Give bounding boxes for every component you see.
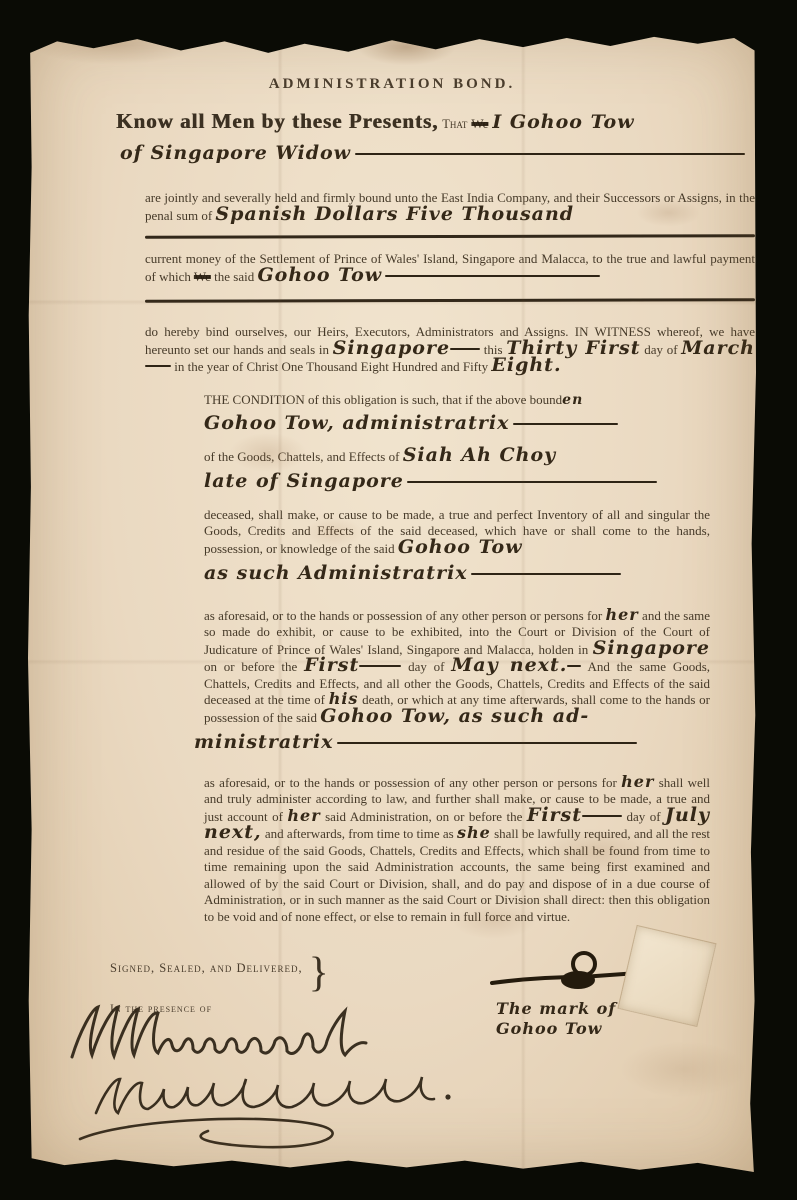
printed-text: day of [644,342,677,357]
printed-text: as aforesaid, or to the hands or possess… [204,775,617,790]
document-page: ADMINISTRATION BOND. Know all Men by the… [28,30,756,1172]
opening-line: Know all Men by these Presents, That We … [116,109,762,134]
printed-text: day of [408,659,444,674]
horizontal-rule [145,234,755,239]
gothic-phrase: Know all Men by these Presents, [116,109,438,133]
handwritten-principal-name: Gohoo Tow [398,536,523,558]
handwritten-deceased-name: Siah Ah Choy [403,444,557,466]
printed-text: on or before the [204,659,297,674]
ink-filler-line [471,573,621,575]
administratrix-continuation: ministratrix [194,735,700,753]
struck-word-we: We [471,116,488,131]
deceased-residence-line: late of Singapore [204,474,710,492]
administer-paragraph: as aforesaid, or to the hands or possess… [204,775,710,926]
handwritten-her: her [621,772,654,791]
currency-paragraph: current money of the Settlement of Princ… [145,251,755,285]
capacity-line: as such Administratrix [204,566,710,584]
handwritten-principal-name: Gohoo Tow [257,264,382,286]
handwritten-she: she [457,823,491,842]
witness-signatures [66,1001,496,1151]
handwritten-capacity: as such Administratrix [204,562,468,584]
witness-paragraph: do hereby bind ourselves, our Heirs, Exe… [145,324,755,376]
handwritten-year: Eight. [491,354,561,376]
horizontal-rule [145,298,755,303]
exhibit-paragraph: as aforesaid, or to the hands or possess… [204,608,710,727]
printed-text: and afterwards, from time to time as [265,826,454,841]
printed-text: day of [627,809,661,824]
ink-filler-line [359,665,401,667]
handwritten-ordinal: First [304,654,359,676]
handwritten-penal-sum: Spanish Dollars Five Thousand [215,203,574,225]
handwritten-place: Singapore [593,637,710,659]
inventory-paragraph: deceased, shall make, or cause to be mad… [204,507,710,558]
struck-word-we: We [194,269,211,284]
handwritten-administratrix-cont: ministratrix [194,731,333,753]
printed-text: of the Goods, Chattels, and Effects of [204,449,399,464]
handwritten-residence: of Singapore Widow [120,142,351,164]
condition-name-line: Gohoo Tow, administratrix [204,416,710,434]
printed-text: in the year of Christ One Thousand Eight… [174,359,488,374]
signed-sealed-label: Signed, Sealed, and Delivered, [110,961,303,975]
handwritten-administratrix-name: Gohoo Tow, as such ad- [320,705,589,727]
handwritten-principal-name: I Gohoo Tow [492,111,634,133]
ink-filler-line [385,275,600,277]
printed-text: said Administration, on or before the [325,809,522,824]
printed-text: as aforesaid, or to the hands or possess… [204,608,602,623]
ink-filler-line [582,815,622,817]
handwritten-late-of: late of Singapore [204,470,404,492]
printed-text: the said [214,269,254,284]
ink-filler-line [407,481,657,483]
handwritten-her: her [605,605,638,624]
handwritten-date: May next. [451,654,567,676]
bond-paragraph: are jointly and severally held and firml… [145,190,755,224]
ink-filler-line [567,665,581,667]
handwritten-administratrix-name: Gohoo Tow, administratrix [204,412,509,434]
handwritten-her: her [287,806,320,825]
execution-block: Signed, Sealed, and Delivered,} In the p… [28,949,756,1149]
ink-filler-line [355,153,745,155]
witness-signature-1-icon [66,1001,496,1151]
ink-filler-line [450,348,480,350]
ink-filler-line [513,423,618,425]
handwritten-month: March [681,337,755,359]
handwritten-suffix-en: en [562,392,583,408]
ink-filler-line [337,742,637,744]
handwritten-ordinal: First [527,804,582,826]
mark-caption-line2: Gohoo Tow [496,1019,616,1039]
condition-paragraph: THE CONDITION of this obligation is such… [204,392,710,409]
brace-glyph: } [309,949,330,997]
mark-caption: The mark of Gohoo Tow [496,999,616,1039]
mark-caption-line1: The mark of [496,999,616,1019]
opening-line-2: of Singapore Widow [120,146,756,164]
printed-text: THE CONDITION of this obligation is such… [204,392,562,407]
document-title: ADMINISTRATION BOND. [28,30,756,93]
deceased-line: of the Goods, Chattels, and Effects of S… [204,448,710,466]
ink-filler-line [145,365,171,367]
handwritten-place: Singapore [333,337,450,359]
that-word: That [442,117,467,131]
